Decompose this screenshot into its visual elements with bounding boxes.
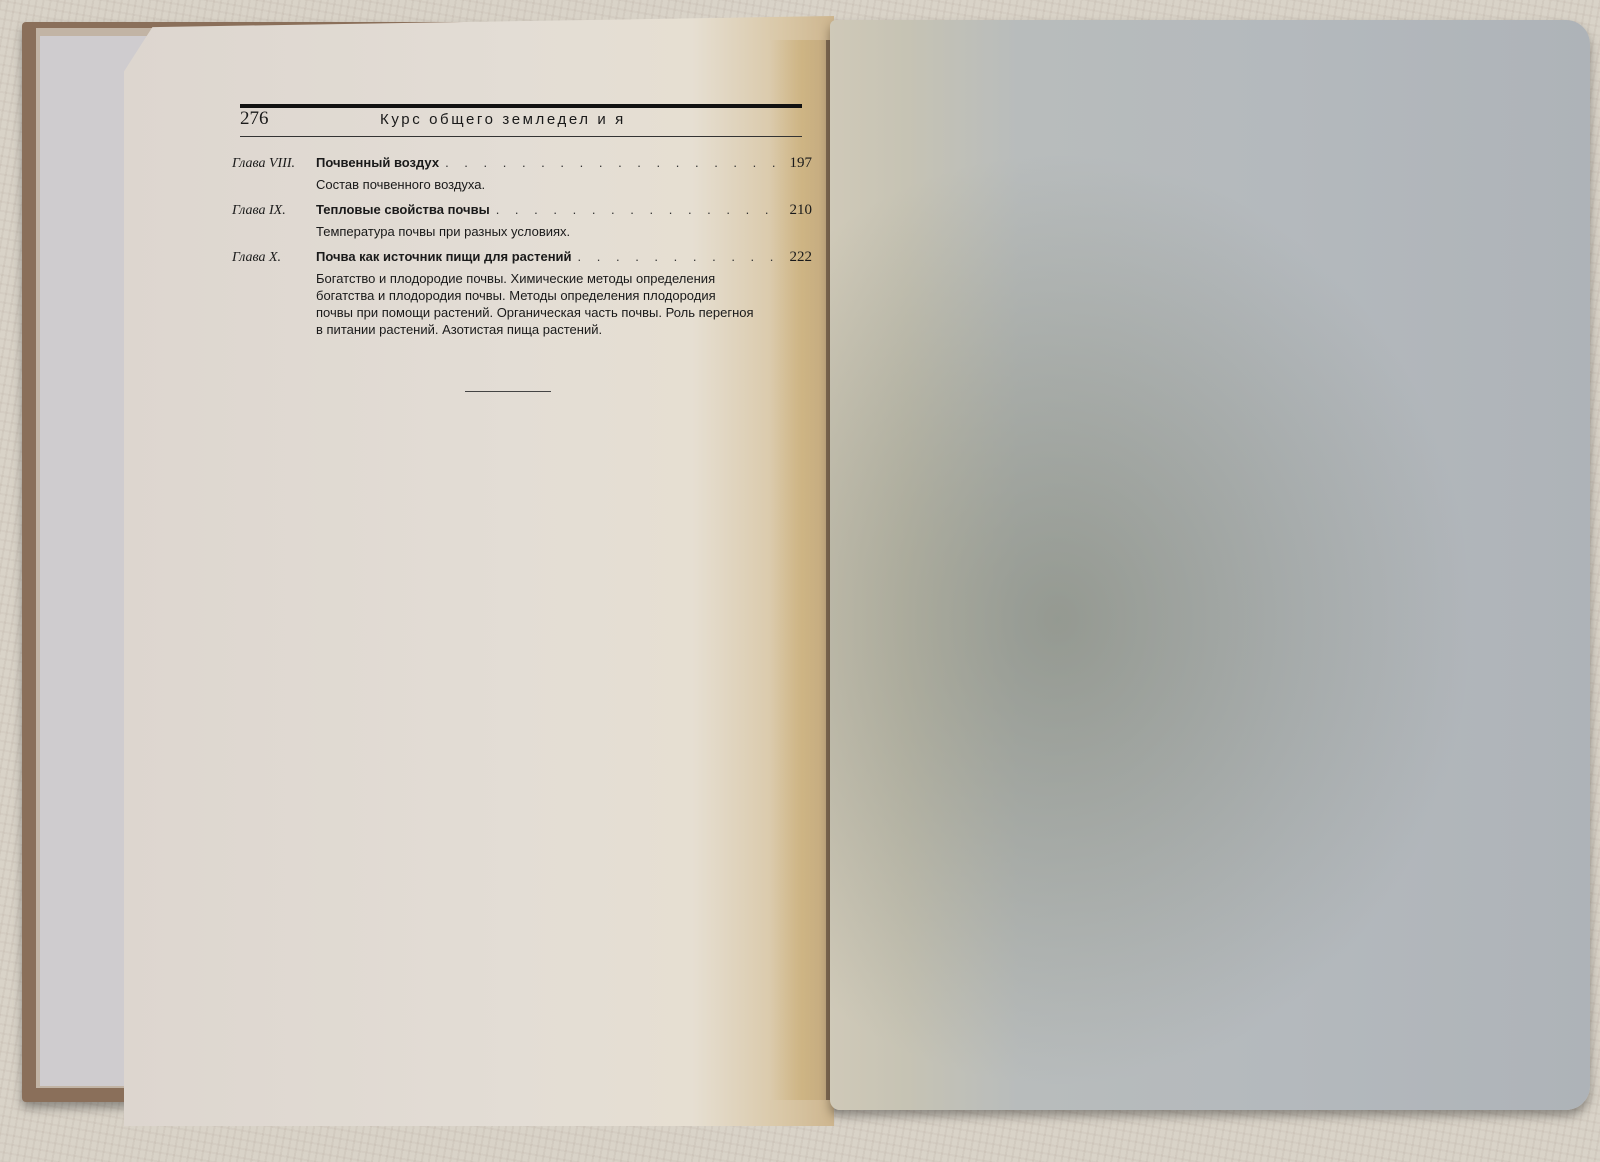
toc-entry: Глава X. Почва как источник пищи для рас… xyxy=(232,249,812,338)
page-content: 276 Курс общего земледел и я Глава VIII.… xyxy=(232,104,812,347)
toc-entry: Глава IX. Тепловые свойства почвы 210 Те… xyxy=(232,202,812,240)
chapter-title: Тепловые свойства почвы xyxy=(316,202,490,217)
book-cover-right xyxy=(830,20,1590,1110)
chapter-label: Глава VIII. xyxy=(232,156,316,172)
chapter-page: 222 xyxy=(782,249,812,266)
end-rule xyxy=(465,391,551,392)
chapter-label: Глава X. xyxy=(232,250,316,266)
dot-leader xyxy=(578,249,776,264)
header-rule-thin xyxy=(240,136,802,137)
chapter-label: Глава IX. xyxy=(232,203,316,219)
chapter-page: 197 xyxy=(782,155,812,172)
chapter-description: Состав почвенного воздуха. xyxy=(316,176,812,193)
dot-leader xyxy=(496,202,776,217)
chapter-title: Почвенный воздух xyxy=(316,155,439,170)
running-title: Курс общего земледел и я xyxy=(380,111,626,128)
table-of-contents: Глава VIII. Почвенный воздух 197 Состав … xyxy=(232,155,812,338)
spine-crease xyxy=(826,40,830,1100)
chapter-page: 210 xyxy=(782,202,812,219)
toc-entry: Глава VIII. Почвенный воздух 197 Состав … xyxy=(232,155,812,193)
page-number: 276 xyxy=(240,108,380,130)
chapter-description: Температура почвы при разных условиях. xyxy=(316,223,812,240)
dot-leader xyxy=(445,155,776,170)
running-head: 276 Курс общего земледел и я xyxy=(240,108,802,136)
chapter-description: Богатство и плодородие почвы. Химические… xyxy=(316,270,756,338)
chapter-title: Почва как источник пищи для растений xyxy=(316,249,572,264)
